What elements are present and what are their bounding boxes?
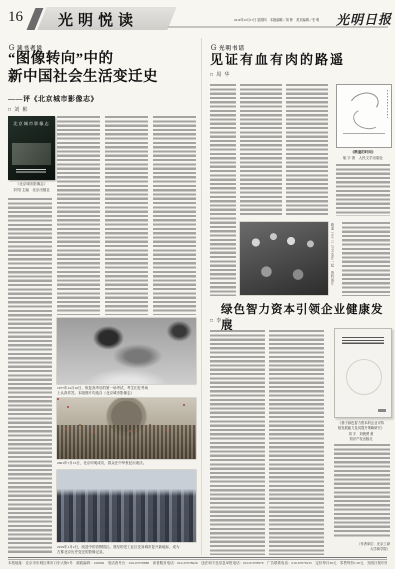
cover-right-caption-4: 知识产权出版社	[330, 436, 392, 441]
cover-right-caption-3: 刘 宇 刘俊勇 著	[330, 431, 392, 436]
right-body-column-1	[210, 84, 236, 296]
left-body-column-1	[8, 198, 52, 555]
balloon-dots	[57, 398, 59, 400]
bottom-article-byline: □ 李 新	[210, 317, 231, 324]
page-number: 16	[8, 9, 23, 26]
bottom-body-column-1	[210, 330, 265, 555]
book-cover-title: 北京城市影像志	[8, 116, 55, 127]
left-body-column-3	[105, 116, 148, 315]
exam-photo-caption-2: 上认真作答。本版图片均选自《北京城市影像志》	[57, 391, 196, 395]
right-body-column-2	[240, 84, 282, 216]
crowd-texture	[57, 425, 196, 459]
exam-photo-caption-1: 1977年12月10日，恢复高考后的第一场考试，考生们在考场	[57, 386, 196, 390]
right-body-column-5	[342, 222, 390, 296]
footer-rule-2	[8, 559, 387, 560]
section-title: 光明悦读	[58, 9, 138, 30]
dateline: 2019年10月17日 星期四 本版编辑／刘 彬 美术编辑／史 明	[234, 17, 332, 22]
left-article-title-line2: 新中国社会生活变迁史	[8, 65, 158, 86]
newspaper-page: 16 光明悦读 2019年10月17日 星期四 本版编辑／刘 彬 美术编辑／史 …	[0, 0, 395, 569]
book-cover-text-lines	[16, 169, 46, 174]
shougang-panorama-photo	[57, 470, 196, 542]
footer-imprint-line: 本报地址：北京市东城区珠市口东大街5号 邮政编码：100062 电话查号台：01…	[8, 561, 387, 566]
sketch-line-3	[343, 133, 385, 134]
book-cover-beijing-yingxiangzhi: 北京城市影像志	[8, 116, 55, 180]
sketch-caption-1: 《路遥的时间》	[334, 150, 392, 154]
luyao-photo-vertical-caption: 路遥（左二）与文友在一起 资料图片	[330, 223, 335, 295]
luyao-sketch-illustration	[336, 84, 392, 148]
left-body-column-2	[57, 116, 100, 315]
exam-photo	[57, 318, 196, 384]
masthead: 光明日报	[336, 9, 392, 29]
right-article-title: 见证有血有肉的路遥	[210, 49, 345, 68]
sketch-caption-2: 航 宇 著 人民文学出版社	[334, 156, 392, 160]
book-cover-caption-2: 刘 阳 主编 北京出版社	[3, 188, 60, 192]
bottom-body-column-2	[269, 330, 324, 555]
book-cover-caption-1: 《北京城市影像志》	[3, 182, 60, 186]
cover-right-caption-2: 续发展能力及其提升策略研究》	[330, 425, 392, 430]
shougang-photo-caption-2: 古都北京历史变迁的影像记录。	[57, 550, 196, 554]
column-divider	[201, 38, 202, 555]
left-body-column-4	[153, 116, 196, 315]
shougang-photo-caption-1: 2019年1月2日，改造中的首钢园区。曾经的老工业区变身城市复兴新地标，成为	[57, 545, 196, 549]
book-cover-green-capital	[334, 328, 392, 418]
celebration-photo	[57, 398, 196, 459]
celebration-photo-caption: 2001年7月13日，北京申奥成功，群众在中华世纪坛欢庆。	[57, 461, 196, 465]
right-body-column-3	[286, 84, 328, 216]
luyao-group-photo	[240, 222, 328, 295]
bottom-article-endnote-2: 大学商学院）	[334, 546, 390, 551]
cover-publisher-logo	[378, 409, 386, 412]
cover-circle-motif	[346, 359, 382, 395]
sketch-line-2	[351, 106, 383, 131]
footer-rule-1	[8, 557, 387, 558]
right-body-column-4	[336, 164, 390, 216]
left-article-byline: □ 刘 彬	[8, 106, 29, 113]
bottom-body-column-3	[334, 444, 390, 538]
cover-title-lines	[342, 337, 384, 345]
book-cover-photo-band	[12, 143, 51, 165]
right-article-byline: □ 周 华	[210, 71, 231, 78]
sketch-side-text	[387, 90, 388, 118]
left-article-subtitle: ——评《北京城市影像志》	[8, 94, 98, 104]
